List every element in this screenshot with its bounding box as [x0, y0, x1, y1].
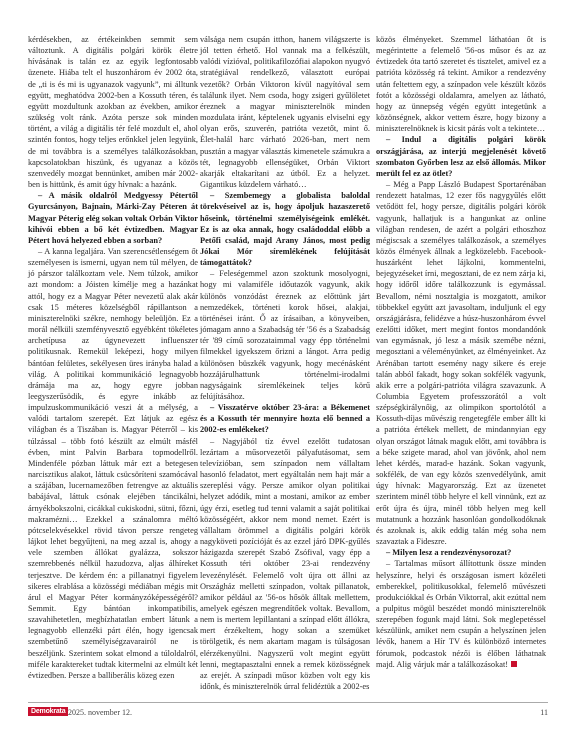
page-footer: Demokrata 2025. november 12. 11	[28, 707, 548, 721]
interview-answer: – A kanna legaljára. Van szerencsétlensé…	[28, 246, 198, 681]
issue-date: 2025. november 12.	[68, 708, 132, 717]
interview-answer: – Még a Papp László Budapest Sportarénáb…	[376, 179, 546, 547]
paragraph: kérdésekben, az értékeinkben semmit sem …	[28, 34, 198, 190]
article-column-3: közös élményeket. Szemmel láthatóan őt i…	[376, 34, 546, 670]
page-number: 11	[540, 708, 548, 717]
interview-answer: – Nagyjából tíz évvel ezelőtt tudatosan …	[200, 436, 370, 693]
paragraph: közös élményeket. Szemmel láthatóan őt i…	[376, 34, 546, 134]
interview-question: – Visszatérve október 23-ára: a Békemene…	[200, 402, 370, 435]
final-answer-text: – Tartalmas műsort állítottunk össze min…	[376, 559, 546, 668]
interview-question: – A másik oldalról Medgyessy Pétertől Gy…	[28, 190, 198, 246]
paragraph: válsága nem csupán itthon, hanem világsz…	[200, 34, 370, 190]
interview-question: – Milyen lesz a rendezvénysorozat?	[376, 547, 546, 558]
article-column-1: kérdésekben, az értékeinkben semmit sem …	[28, 34, 198, 681]
publication-logo: Demokrata	[28, 707, 68, 716]
interview-answer: – Feleségemmel azon szoktunk mosolyogni,…	[200, 268, 370, 402]
interview-answer-final: – Tartalmas műsort állítottunk össze min…	[376, 558, 546, 670]
footer-divider	[28, 702, 548, 703]
end-of-article-square-icon	[511, 661, 517, 667]
article-column-2: válsága nem csupán itthon, hanem világsz…	[200, 34, 370, 692]
interview-question: – Indul a digitális polgári körök ország…	[376, 134, 546, 179]
interview-question: – Szembemegy a globalista baloldal törek…	[200, 190, 370, 268]
